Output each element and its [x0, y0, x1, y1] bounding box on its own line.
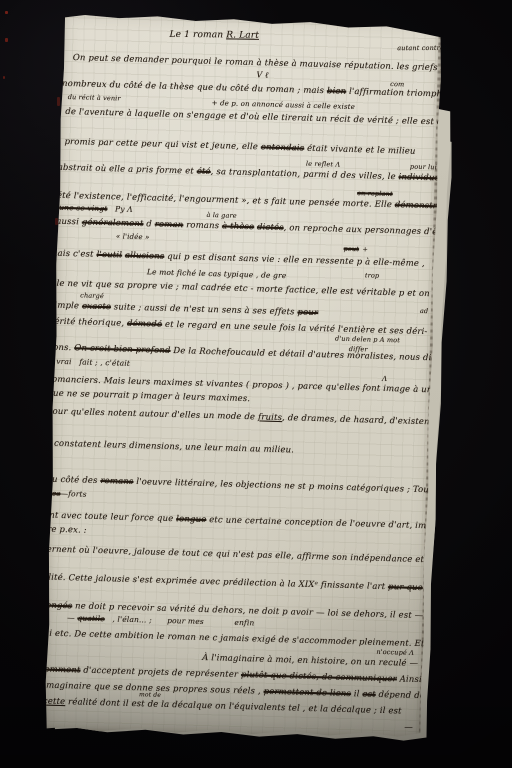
text-segment: Λ	[382, 375, 387, 383]
text-segment: elle ne vit que sa propre vie ; mal cadr…	[48, 279, 430, 300]
manuscript-line: trop	[365, 271, 380, 279]
text-segment: mes	[45, 489, 61, 498]
text-segment: l'affirmation triomphe ou plutôt	[346, 87, 444, 101]
text-segment: chargé	[80, 291, 104, 300]
text-segment: est	[362, 689, 376, 699]
text-segment: quatile	[77, 613, 105, 623]
text-segment: mais c'est	[49, 249, 96, 260]
text-segment: tre p.ex. :	[44, 524, 87, 535]
text-segment: Ainsi	[397, 674, 422, 685]
text-segment: d	[143, 219, 155, 229]
manuscript-line: autant contrep	[397, 44, 444, 52]
manuscript-line: elle ne vit que sa propre vie ; mal cadr…	[48, 279, 430, 300]
text-segment: peut	[344, 245, 360, 253]
red-speck	[5, 11, 8, 14]
text-segment: Comment	[42, 664, 81, 675]
text-segment: il	[351, 689, 363, 699]
text-segment: à la gare	[206, 211, 237, 220]
text-segment: constatent leurs dimensions, une leur ma…	[54, 439, 294, 456]
text-segment: d'acceptent projets de représenter	[80, 666, 241, 680]
text-segment: Le 1 roman	[169, 30, 226, 41]
text-segment: aussi	[56, 217, 82, 228]
manuscript-line: d'un delen p A mot	[335, 335, 400, 345]
text-segment: « l'idée »	[116, 232, 150, 241]
manuscript-line: lité. Cette jalousie s'est exprimée avec…	[48, 573, 423, 593]
manuscript-line: constatent leurs dimensions, une leur ma…	[54, 439, 294, 456]
manuscript-line: Le 1 roman R. Lart	[169, 30, 259, 41]
manuscript-line: mes—forts	[45, 489, 87, 499]
manuscript-line: abstrait où elle a pris forme et été, sa…	[58, 163, 444, 184]
text-segment: etc une certaine conception de l'oeuvre …	[206, 515, 444, 533]
manuscript-line: Le mot fiché le cas typique , de gre	[147, 267, 287, 280]
manuscript-page: Le 1 roman R. Lartautant contrepOn peut …	[42, 11, 444, 743]
manuscript-line: que ne se pourrait p imager à leurs maxi…	[47, 389, 250, 405]
handwriting-layer: Le 1 roman R. Lartautant contrepOn peut …	[42, 11, 444, 743]
manuscript-line: « l'idée »	[116, 232, 150, 241]
text-segment: romans	[100, 476, 133, 487]
manuscript-line: lui etc. De cette ambition le roman ne c…	[42, 628, 425, 649]
text-segment: V ℓ	[256, 70, 268, 79]
manuscript-line: ad	[420, 307, 429, 315]
text-segment: de l'aventure à laquelle on s'engage et …	[65, 107, 444, 128]
text-segment: fruits	[258, 412, 282, 423]
red-speck	[3, 76, 5, 79]
text-segment: exacte	[82, 301, 111, 312]
text-segment: simple	[50, 301, 82, 312]
text-segment: + de p. on annoncé aussi à celle existe	[212, 99, 356, 111]
text-segment: lité. Cette jalousie s'est exprimée avec…	[48, 573, 388, 592]
manuscript-line: mais c'est l'outil allusions qui p est d…	[49, 249, 425, 269]
text-segment: pur que	[388, 582, 423, 593]
text-segment: n'occupé Λ	[376, 648, 414, 657]
manuscript-line: + de p. on annoncé aussi à celle existe	[212, 99, 356, 111]
text-segment: et le regard en une seule fois la vérité…	[162, 320, 428, 337]
manuscript-line: mot de	[139, 691, 161, 699]
text-segment: —	[67, 613, 77, 622]
text-segment: roman	[155, 219, 184, 230]
text-segment: du récit à venir	[68, 93, 121, 102]
text-segment: Du côté des	[45, 475, 101, 487]
manuscript-line: lune se vingt Py Λ	[57, 203, 133, 214]
text-segment: qui p est disant sans vie : elle en ress…	[164, 252, 425, 269]
text-segment: tions.	[47, 343, 75, 354]
text-segment: —forts	[60, 489, 86, 499]
manuscript-line: le reflet Λ	[306, 160, 341, 169]
text-segment: On croit bien profond	[74, 343, 170, 356]
manuscript-line: —	[404, 723, 413, 733]
photo-backdrop: Le 1 roman R. Lartautant contrepOn peut …	[0, 0, 512, 768]
text-segment: romans	[183, 220, 222, 231]
manuscript-line: on replant	[357, 189, 393, 198]
red-speck	[55, 218, 58, 225]
red-speck	[57, 97, 60, 106]
manuscript-line: vérité théorique, démodé et le regard en…	[49, 317, 427, 338]
manuscript-line: V ℓ	[256, 70, 268, 79]
text-segment: individuelle	[398, 172, 444, 183]
manuscript-line: peut +	[344, 245, 369, 254]
text-segment: on replant	[357, 189, 393, 198]
text-segment: entendais	[261, 142, 305, 153]
manuscript-line: simple exacte suite ; aussi de n'est un …	[50, 301, 319, 318]
manuscript-line: du récit à venir	[68, 93, 121, 102]
text-segment: , de drames, de hasard, d'existence , c'…	[282, 413, 444, 428]
text-segment: plutôt que dictés, de communiquer	[241, 670, 397, 684]
text-segment: que ne se pourrait p imager à leurs maxi…	[47, 389, 250, 405]
red-speck	[5, 38, 8, 42]
text-segment: , on reproche aux personnages d'être san…	[284, 223, 445, 239]
text-segment: cette	[43, 697, 66, 708]
text-segment: abstrait où elle a pris forme et	[58, 163, 197, 177]
text-segment: dictés	[257, 222, 284, 233]
text-segment: , l'élan… ; pour mes enfin	[105, 614, 255, 627]
manuscript-line: ont avec toute leur force que longue etc…	[44, 511, 444, 534]
text-segment: suite ; aussi de n'est un sens à ses eff…	[111, 302, 298, 317]
manuscript-line: tre p.ex. :	[44, 524, 87, 535]
text-segment: été	[197, 167, 211, 177]
text-segment: trop	[365, 271, 380, 279]
text-segment: songés	[42, 600, 72, 611]
text-segment: réalité dont il est de la décalque on l'…	[65, 697, 402, 716]
manuscript-line: de l'aventure à laquelle on s'engage et …	[65, 107, 444, 128]
text-segment: généralement	[82, 217, 144, 229]
text-segment: ad	[420, 307, 429, 315]
manuscript-line: Du côté des romans l'oeuvre littéraire, …	[45, 475, 444, 497]
text-segment: vrai fait ; , c'était	[56, 357, 130, 368]
text-segment: lune se vingt	[57, 203, 108, 213]
text-segment: vérité théorique,	[49, 317, 127, 329]
text-segment: R. Lart	[226, 30, 259, 40]
text-segment: mot de	[139, 691, 161, 699]
text-segment: d'un delen p A mot	[335, 335, 400, 345]
text-segment: démodé	[127, 319, 162, 330]
manuscript-line: cette réalité dont il est de la décalque…	[43, 697, 402, 717]
manuscript-line: pour qu'elles notent autour d'elles un m…	[47, 407, 444, 429]
manuscript-line: pour lui	[410, 163, 437, 172]
manuscript-line: promis par cette peur qui vist et jeune,…	[64, 137, 415, 157]
text-segment: pour qu'elles notent autour d'elles un m…	[47, 407, 258, 423]
manuscript-line: aussi généralement d roman romans à thès…	[56, 217, 444, 239]
text-segment: De la Rochefoucauld et détail d'autres m…	[170, 346, 444, 365]
text-segment: ternent où l'oeuvre, jalouse de tout ce …	[43, 544, 444, 566]
text-segment: ont avec toute leur force que	[44, 511, 176, 525]
text-segment: —	[404, 723, 413, 733]
text-segment: le reflet Λ	[306, 160, 341, 169]
text-segment: dépend de	[376, 690, 425, 701]
text-segment: , sa transplantation, parmi d des villes…	[211, 167, 399, 182]
manuscript-line: à la gare	[206, 211, 237, 220]
text-segment: permettent de liens	[263, 687, 351, 699]
text-segment: bien	[327, 86, 347, 97]
text-segment: longue	[176, 514, 206, 525]
text-segment: allusions	[125, 251, 165, 262]
text-segment: +	[359, 245, 368, 253]
text-segment: l'oeuvre littéraire, les objections ne s…	[133, 477, 444, 497]
manuscript-line: vrai fait ; , c'était	[56, 357, 130, 368]
text-segment: promis par cette peur qui vist et jeune,…	[64, 137, 261, 152]
text-segment: pour	[297, 307, 318, 318]
text-segment: Le mot fiché le cas typique , de gre	[147, 267, 287, 280]
manuscript-line: Λ	[382, 375, 387, 383]
text-segment: pour lui	[410, 163, 437, 172]
text-segment: autant contrep	[397, 44, 444, 52]
manuscript-line: ternent où l'oeuvre, jalouse de tout ce …	[43, 544, 444, 566]
text-segment: à thèse	[222, 221, 254, 232]
text-segment: était vivante et le milieu	[304, 144, 416, 157]
text-segment: l'outil	[96, 250, 122, 261]
manuscript-line: n'occupé Λ	[376, 648, 414, 657]
manuscript-line: chargé	[80, 291, 104, 300]
text-segment: lui etc. De cette ambition le roman ne c…	[42, 628, 425, 649]
text-segment: Py Λ	[107, 204, 133, 214]
